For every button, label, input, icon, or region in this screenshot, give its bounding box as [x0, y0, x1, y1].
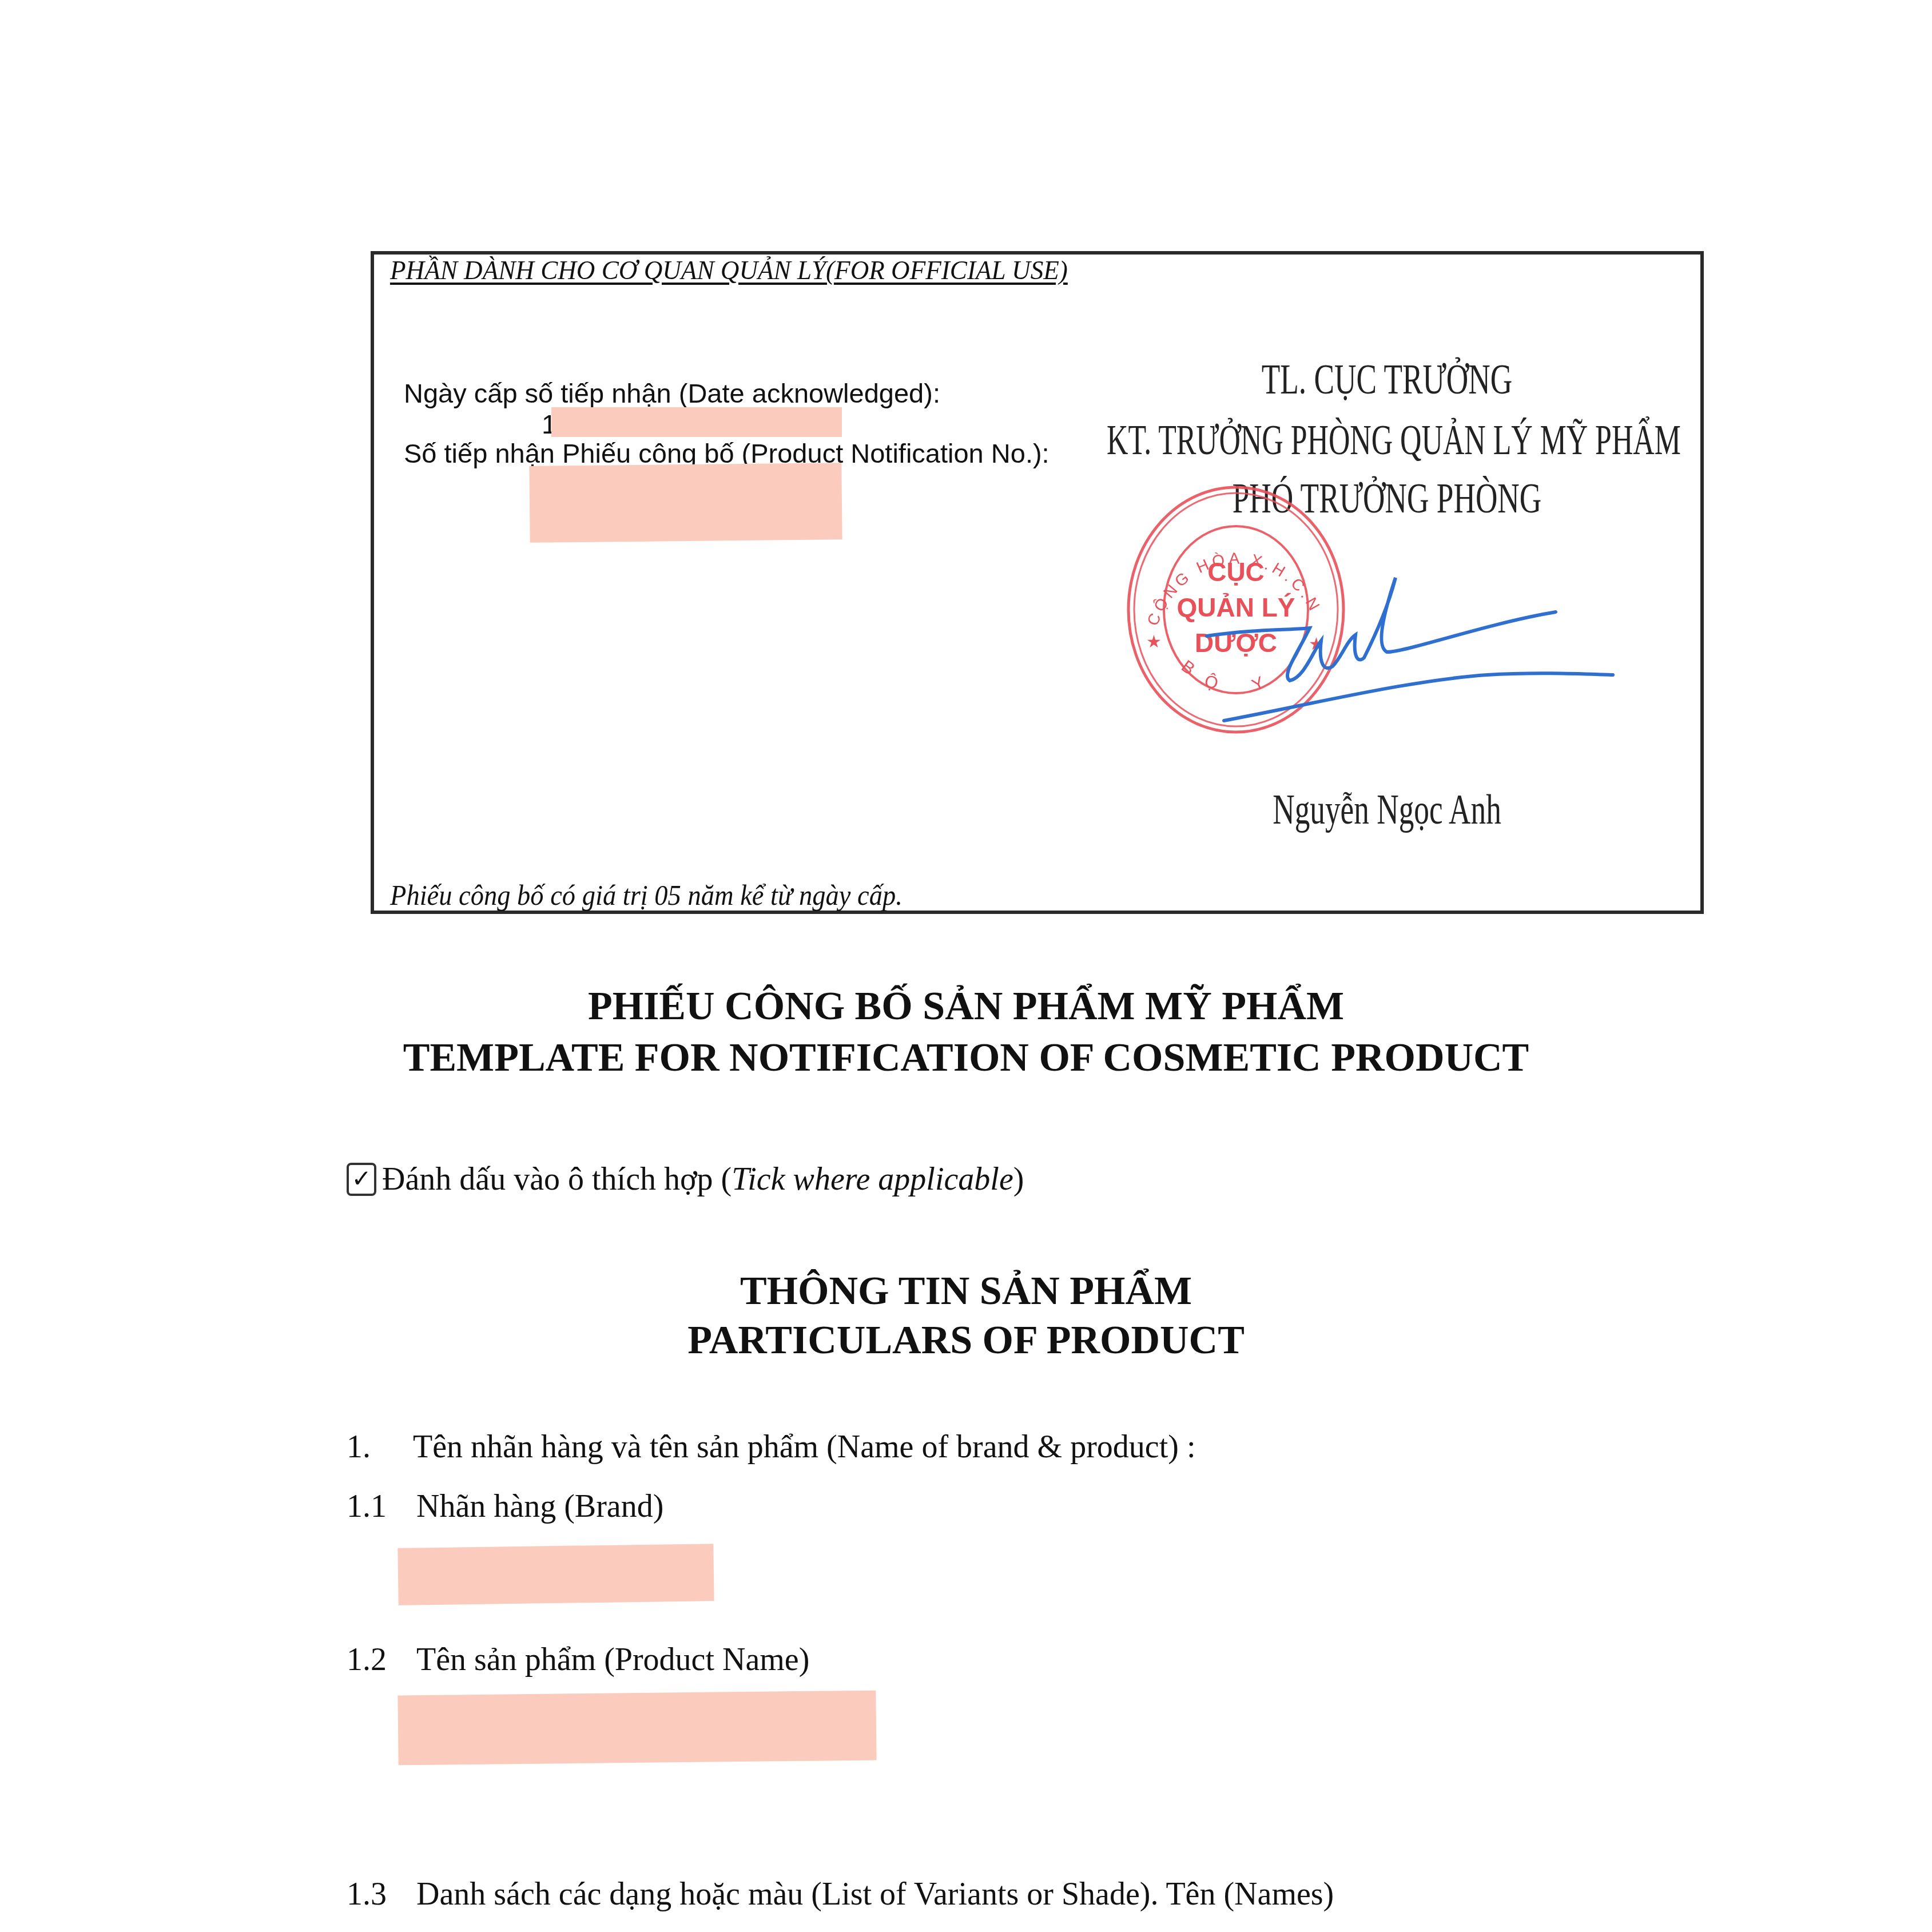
list-item-1-1: 1.1 Nhãn hàng (Brand): [347, 1488, 663, 1525]
official-use-header: PHẦN DÀNH CHO CƠ QUAN QUẢN LÝ(FOR OFFICI…: [390, 255, 1068, 286]
signatory-line-1: TL. CỤC TRƯỞNG: [1099, 356, 1675, 404]
check-icon: ✓: [351, 1167, 371, 1191]
section-heading-en: PARTICULARS OF PRODUCT: [0, 1318, 1932, 1363]
redaction-date: [551, 407, 842, 437]
date-acknowledged-label: Ngày cấp số tiếp nhận (Date acknowledged…: [404, 377, 940, 409]
redaction-notification-number: [529, 463, 842, 543]
checkbox-checked[interactable]: ✓: [347, 1163, 376, 1196]
list-item-1-2: 1.2 Tên sản phẩm (Product Name): [347, 1641, 809, 1678]
validity-note: Phiếu công bố có giá trị 05 năm kể từ ng…: [390, 878, 903, 912]
document-title-line-1: PHIẾU CÔNG BỐ SẢN PHẨM MỸ PHẨM: [588, 984, 1344, 1029]
document-title-vi: PHIẾU CÔNG BỐ SẢN PHẨM MỸ PHẨM: [0, 984, 1932, 1029]
signatory-name: Nguyễn Ngọc Anh: [1099, 786, 1675, 834]
tick-instruction: ✓ Đánh dấu vào ô thích hợp (Tick where a…: [347, 1161, 1024, 1198]
document-title-en: TEMPLATE FOR NOTIFICATION OF COSMETIC PR…: [0, 1035, 1932, 1081]
redaction-brand: [397, 1544, 714, 1605]
tick-instruction-italic: Tick where applicable: [732, 1161, 1013, 1198]
list-item-1: 1. Tên nhãn hàng và tên sản phẩm (Name o…: [347, 1429, 1195, 1465]
svg-text:★: ★: [1146, 633, 1162, 651]
redaction-product-name: [397, 1691, 876, 1766]
section-heading-vi: THÔNG TIN SẢN PHẨM: [0, 1269, 1932, 1314]
signature-icon: [1167, 566, 1636, 738]
list-item-1-3: 1.3 Danh sách các dạng hoặc màu (List of…: [347, 1876, 1334, 1913]
signatory-line-2: KT. TRƯỞNG PHÒNG QUẢN LÝ MỸ PHẨM: [1107, 416, 1667, 465]
tick-instruction-text: Đánh dấu vào ô thích hợp (: [382, 1161, 732, 1198]
document-title-line-2: TEMPLATE FOR NOTIFICATION OF COSMETIC PR…: [403, 1035, 1529, 1081]
